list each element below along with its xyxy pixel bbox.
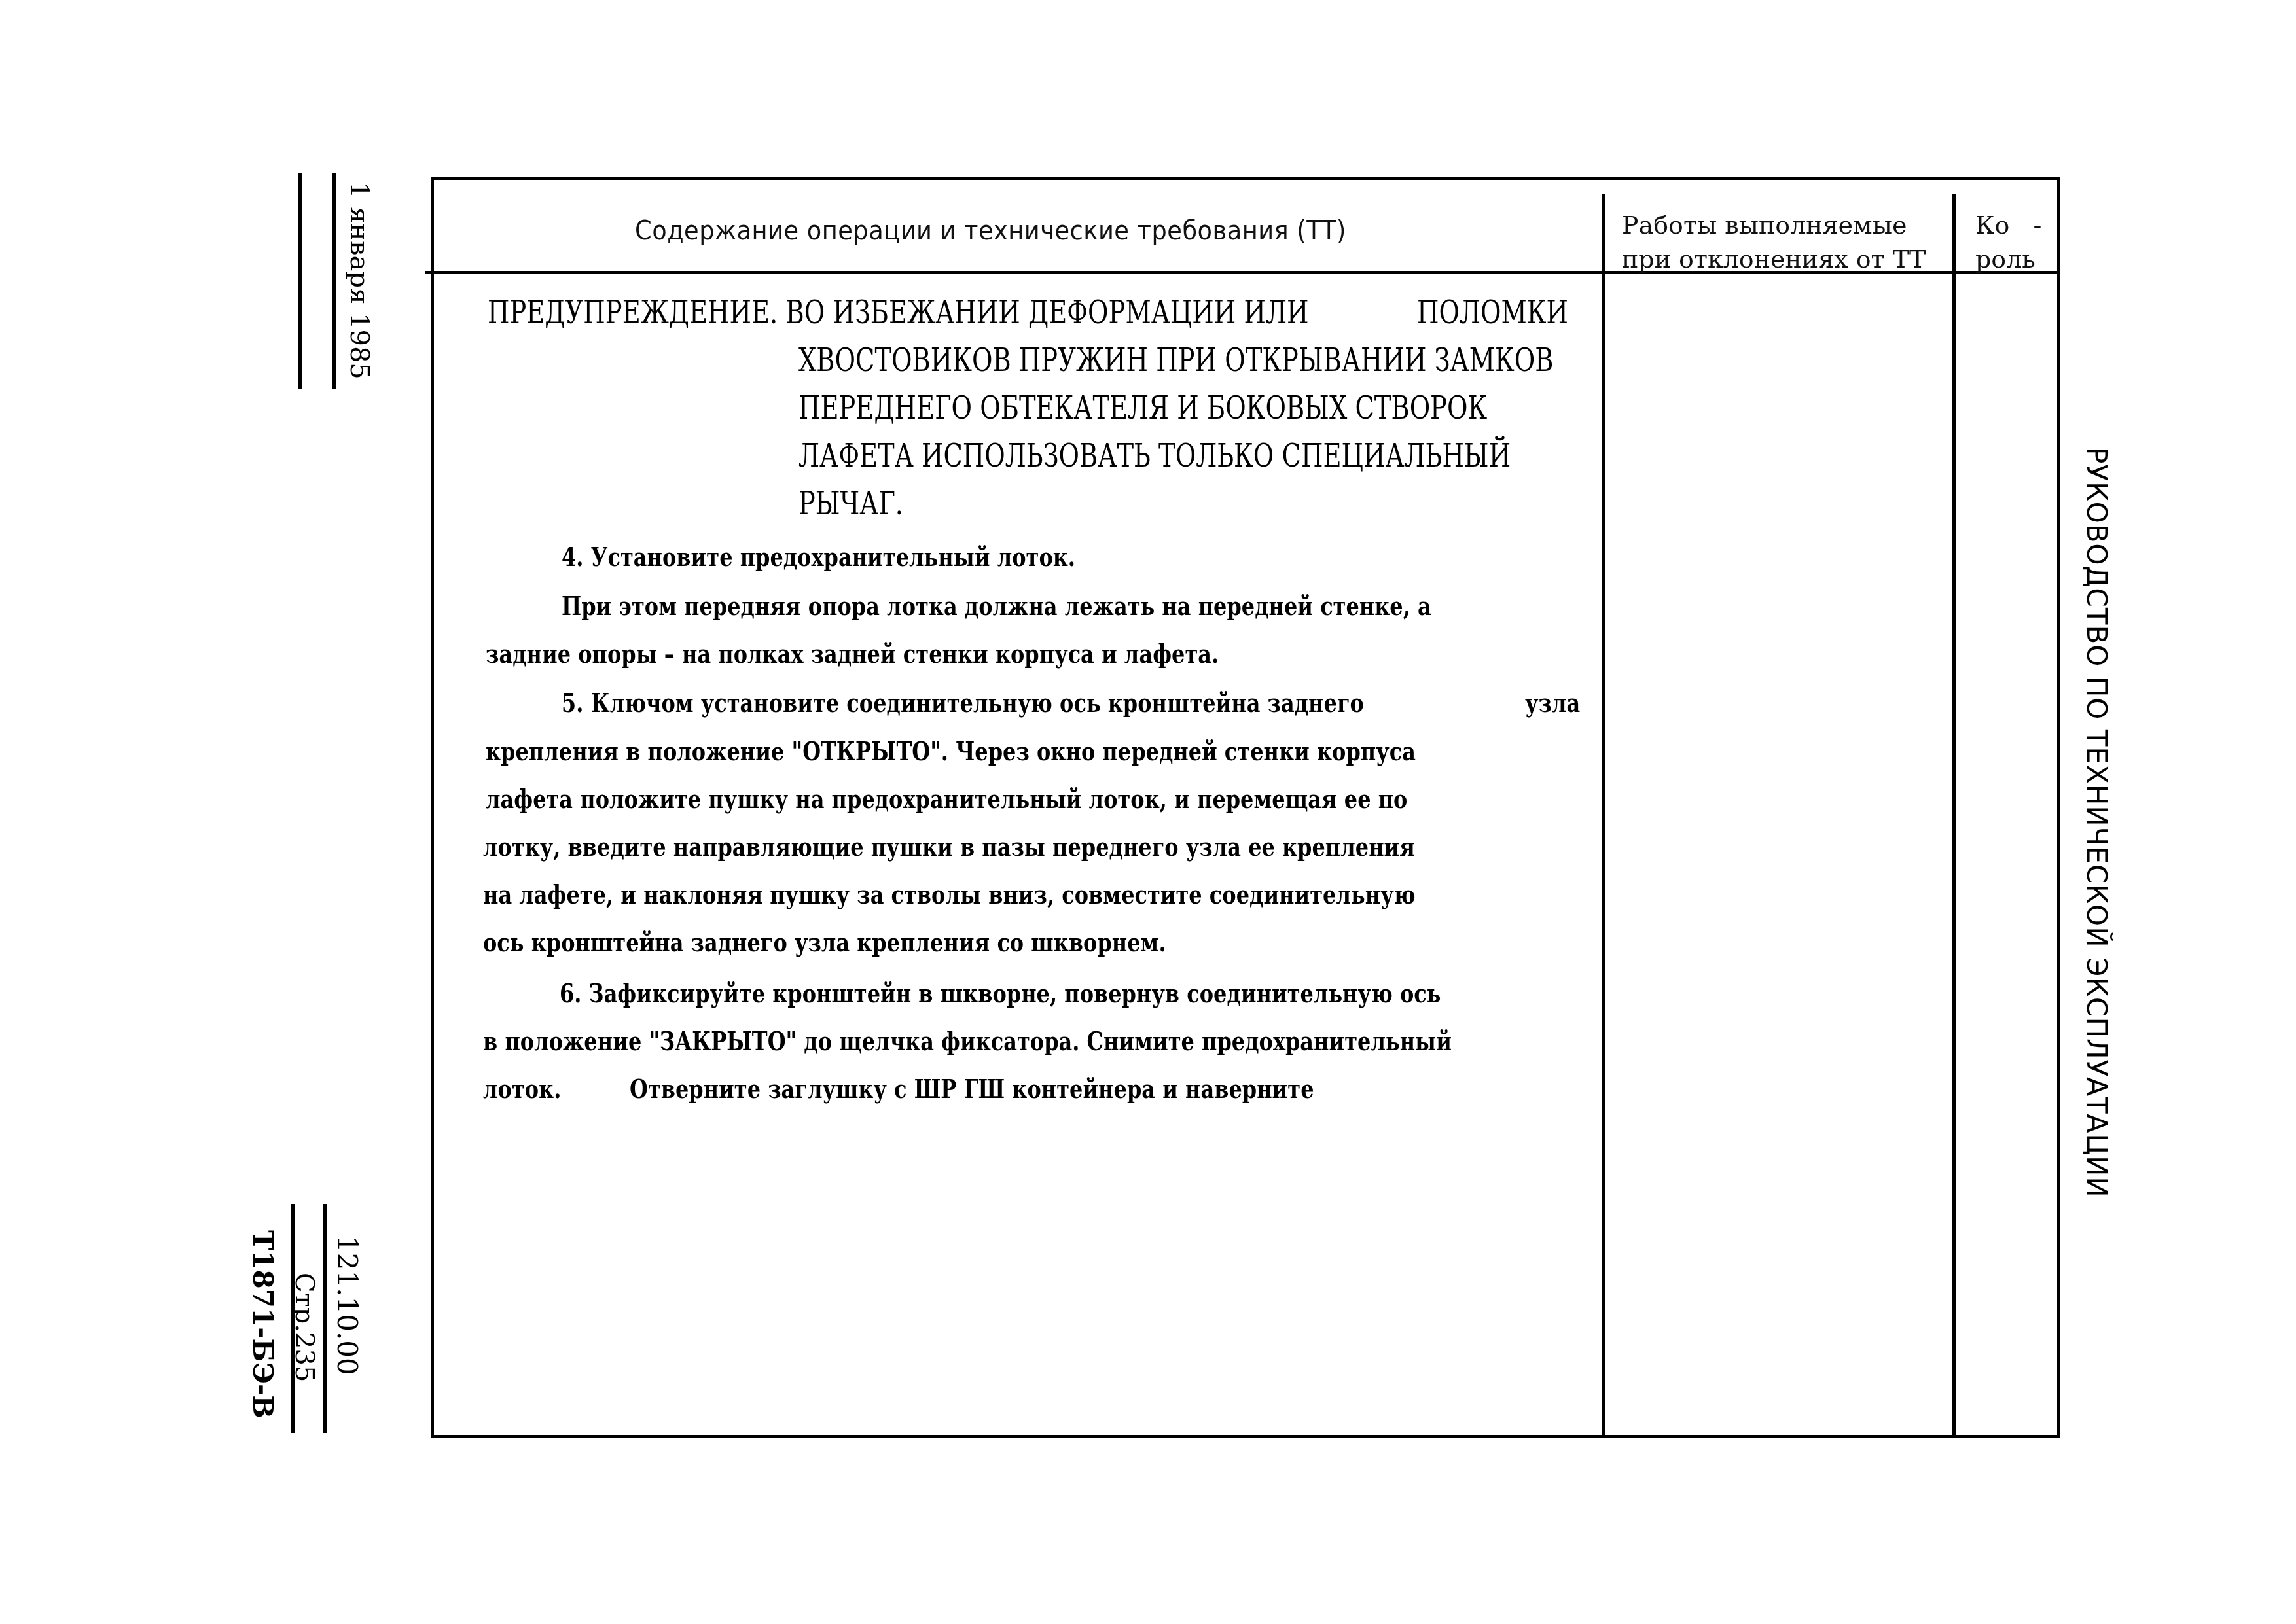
warning-line: ПРЕДУПРЕЖДЕНИЕ. ВО ИЗБЕЖАНИИ ДЕФОРМАЦИИ …: [488, 294, 1308, 331]
body-line: лафета положите пушку на предохранительн…: [486, 784, 1407, 815]
margin-rule: [298, 173, 302, 389]
body-line: на лафете, и наклоняя пушку за стволы вн…: [483, 879, 1415, 910]
manual-title: РУКОВОДСТВО ПО ТЕХНИЧЕСКОЙ ЭКСПЛУАТАЦИИ: [2081, 447, 2113, 1198]
header-operation: Содержание операции и технические требов…: [635, 216, 1346, 246]
step-4: 4. Установите предохранительный лоток.: [562, 542, 1075, 573]
manual-page: 1 января 1985 121.10.00 Стр.235 Т1871-БЭ…: [0, 0, 2296, 1624]
margin-rule: [332, 173, 336, 389]
control-cell: [1958, 275, 2056, 1433]
body-line: лоток.: [483, 1074, 561, 1104]
warning-line: ЛАФЕТА ИСПОЛЬЗОВАТЬ ТОЛЬКО СПЕЦИАЛЬНЫЙ: [798, 438, 1511, 474]
warning-line: РЫЧАГ.: [798, 485, 903, 522]
work-on-deviation-cell: [1607, 275, 1950, 1433]
body-line: крепления в положение "ОТКРЫТО". Через о…: [486, 736, 1416, 767]
body-line: При этом передняя опора лотка должна леж…: [562, 591, 1431, 622]
header-control: Ко - роль: [1975, 208, 2041, 276]
body-line: ось кронштейна заднего узла крепления со…: [483, 927, 1166, 958]
body-line: Отверните заглушку с ШР ГШ контейнера и …: [630, 1074, 1314, 1104]
header-work-on-deviation: Работы выполняемые при отклонениях от ТТ: [1622, 208, 1926, 276]
page-number: Стр.235: [289, 1273, 319, 1382]
body-line: в положение "ЗАКРЫТО" до щелчка фиксатор…: [483, 1026, 1452, 1057]
body-line: узла: [1525, 688, 1580, 718]
document-code: 121.10.00: [331, 1235, 363, 1375]
warning-line: ХВОСТОВИКОВ ПРУЖИН ПРИ ОТКРЫВАНИИ ЗАМКОВ: [798, 342, 1553, 379]
column-divider: [1602, 194, 1605, 1438]
warning-line: ПОЛОМКИ: [1417, 294, 1568, 331]
aircraft-code: Т1871-БЭ-В: [247, 1230, 279, 1419]
warning-line: ПЕРЕДНЕГО ОБТЕКАТЕЛЯ И БОКОВЫХ СТВОРОК: [798, 390, 1487, 427]
margin-rule: [323, 1204, 327, 1433]
revision-date: 1 января 1985: [344, 182, 374, 380]
step-5: 5. Ключом установите соединительную ось …: [562, 688, 1364, 718]
step-6: 6. Зафиксируйте кронштейн в шкворне, пов…: [560, 978, 1441, 1009]
column-divider: [1952, 194, 1956, 1438]
body-line: задние опоры – на полках задней стенки к…: [486, 639, 1219, 669]
body-line: лотку, введите направляющие пушки в пазы…: [483, 832, 1415, 862]
